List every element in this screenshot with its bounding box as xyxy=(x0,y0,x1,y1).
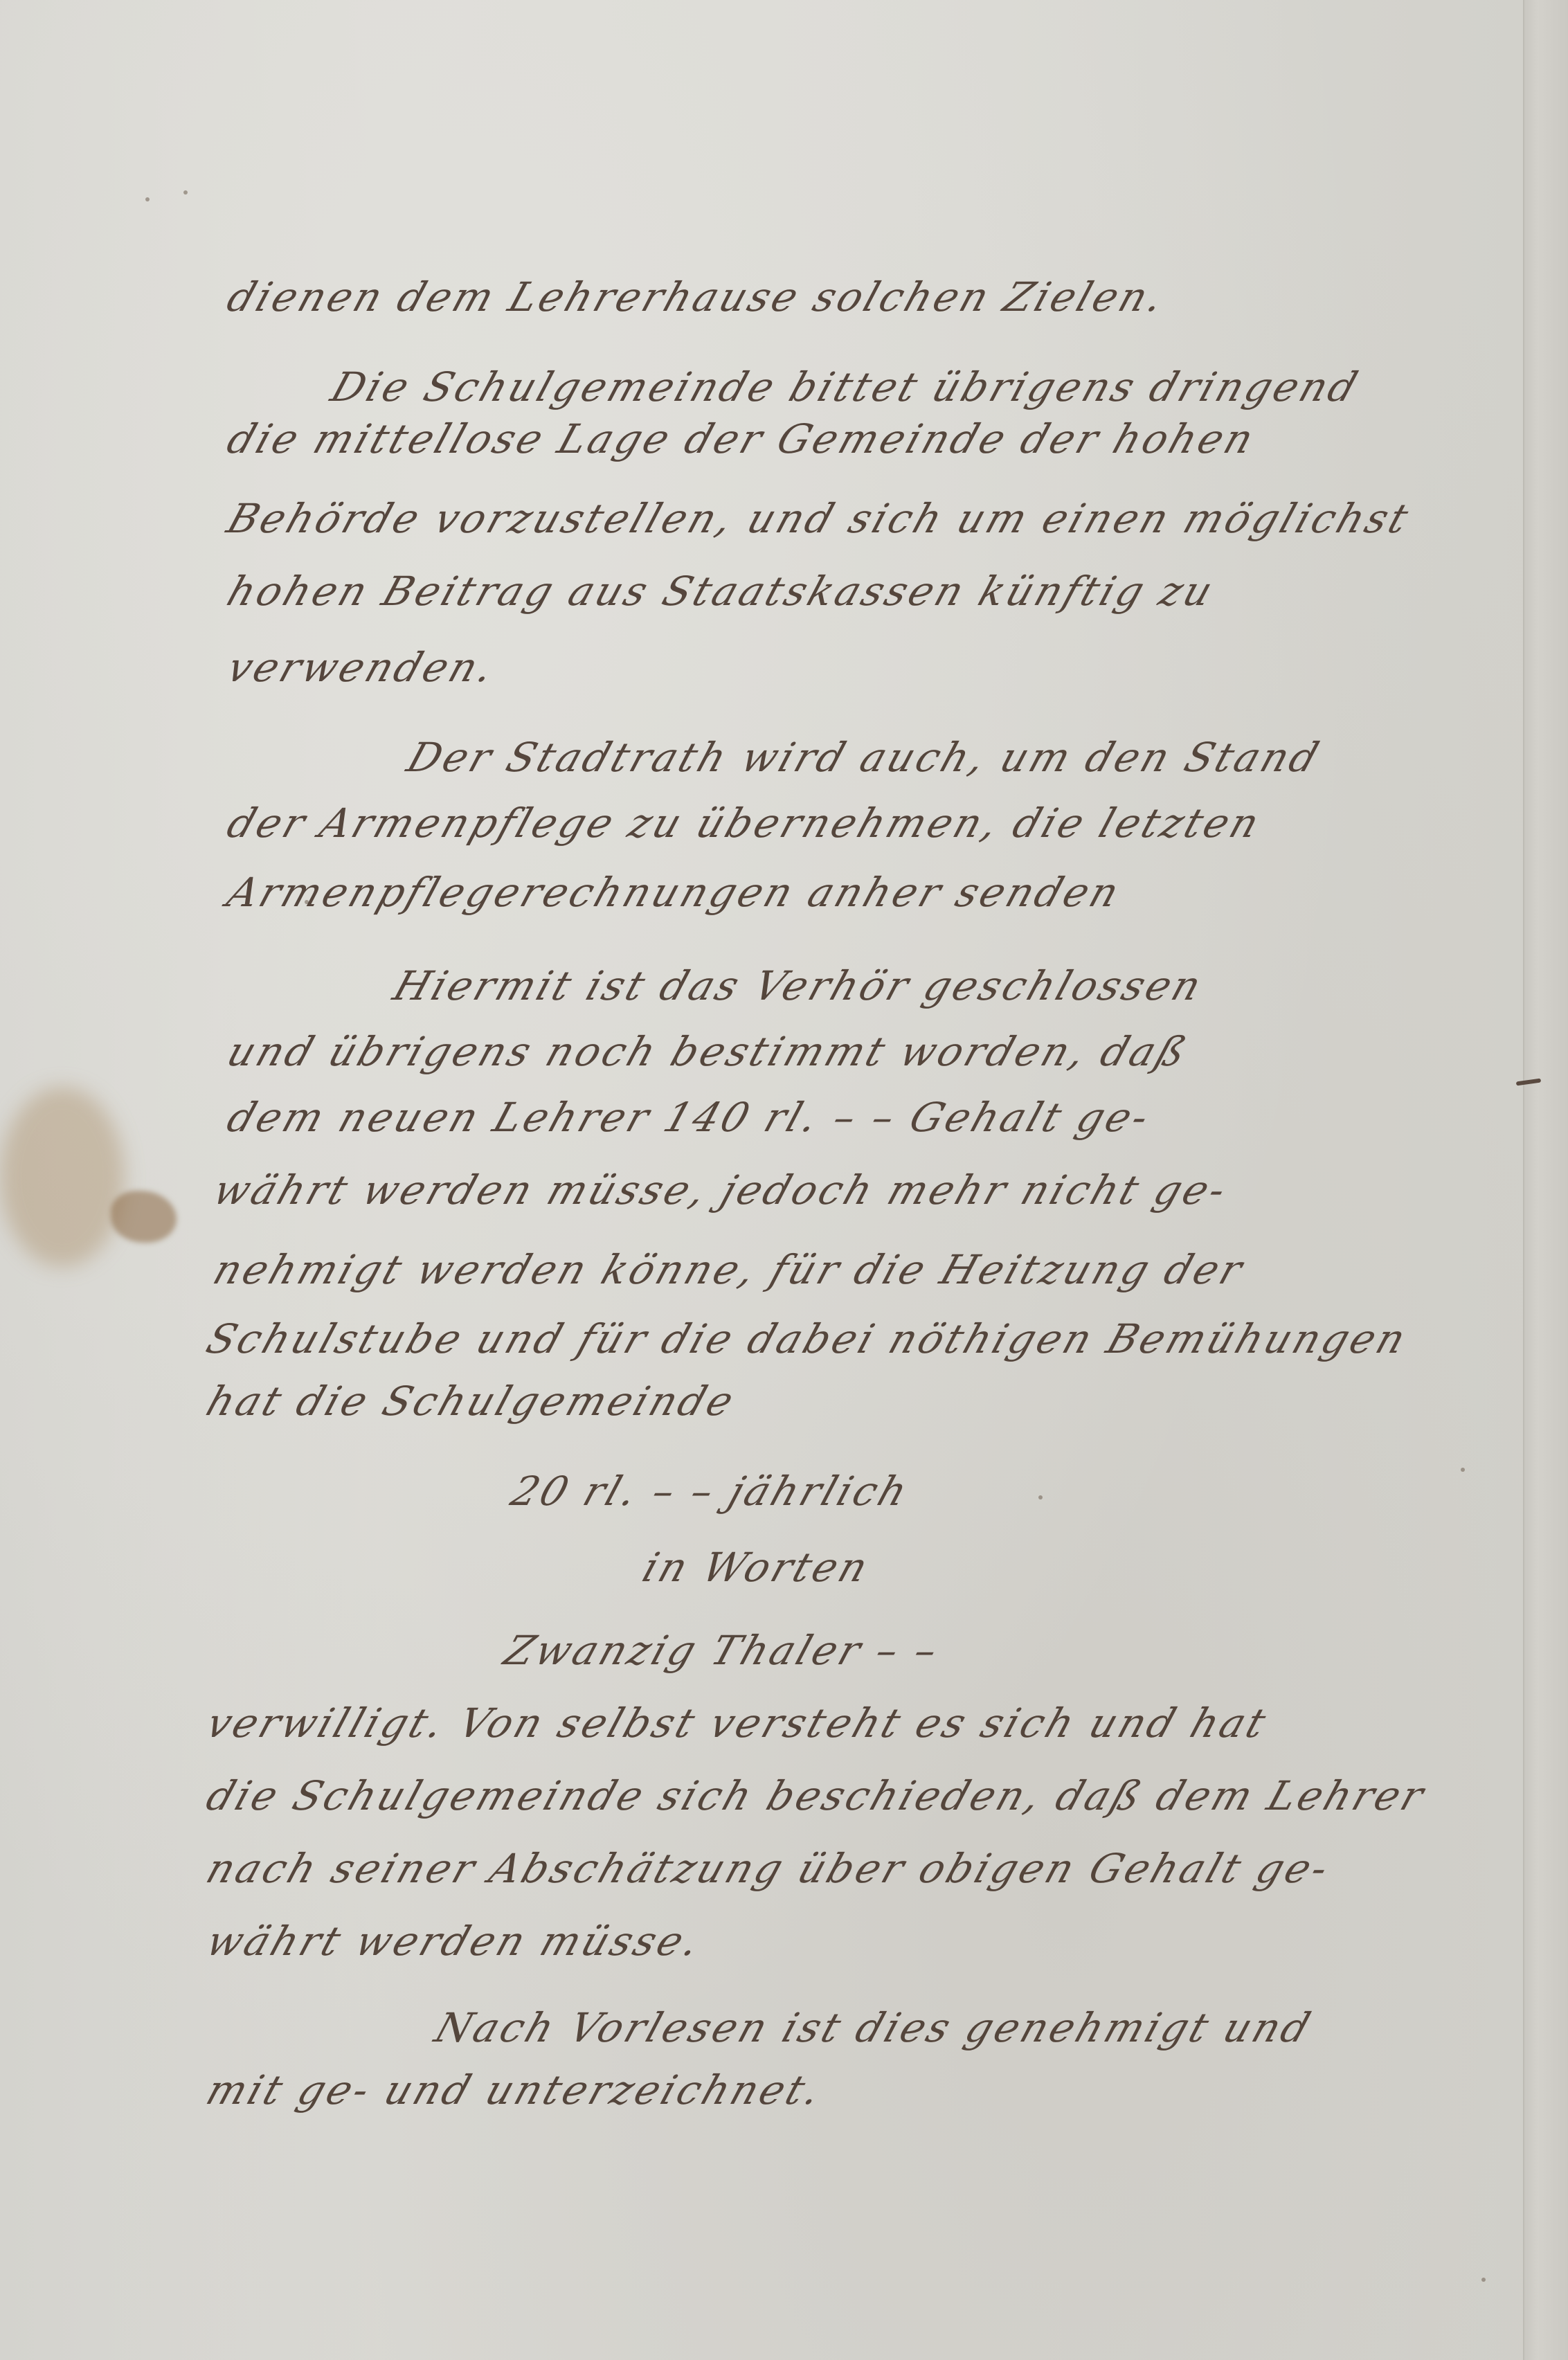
manuscript-page: dienen dem Lehrerhause solchen Zielen. D… xyxy=(0,0,1523,2360)
text-line: Der Stadtrath wird auch, um den Stand xyxy=(402,734,1327,781)
text-line: Schulstube und für die dabei nöthigen Be… xyxy=(201,1315,1414,1362)
handwritten-text: dienen dem Lehrerhause solchen Zielen. D… xyxy=(0,0,1523,2360)
text-line: dem neuen Lehrer 140 rl. – – Gehalt ge- xyxy=(222,1094,1157,1141)
amount-in-words-label: in Worten xyxy=(637,1544,876,1591)
text-line: währt werden müsse. xyxy=(201,1918,708,1965)
text-line: die Schulgemeinde sich beschieden, daß d… xyxy=(201,1772,1432,1819)
closing-line: mit ge- und unterzeichnet. xyxy=(201,2066,829,2114)
text-line: verwenden. xyxy=(222,644,502,691)
text-line: währt werden müsse, jedoch mehr nicht ge… xyxy=(208,1167,1234,1214)
text-line: hat die Schulgemeinde xyxy=(201,1378,742,1425)
text-line: die mittellose Lage der Gemeinde der hoh… xyxy=(222,415,1262,462)
text-line: verwilligt. Von selbst versteht es sich … xyxy=(201,1700,1274,1747)
text-line: der Armenpflege zu übernehmen, die letzt… xyxy=(222,800,1268,847)
amount-in-words: Zwanzig Thaler – – xyxy=(498,1627,946,1674)
page-fold-edge xyxy=(1523,0,1568,2360)
text-line: nach seiner Abschätzung über obigen Geha… xyxy=(201,1845,1337,1892)
amount-line: 20 rl. – – jährlich xyxy=(505,1468,916,1515)
text-line: dienen dem Lehrerhause solchen Zielen. xyxy=(222,273,1172,321)
closing-line: Nach Vorlesen ist dies genehmigt und xyxy=(429,2004,1319,2051)
text-line: und übrigens noch bestimmt worden, daß xyxy=(222,1028,1195,1075)
text-line: Behörde vorzustellen, und sich um einen … xyxy=(222,495,1416,542)
text-line: Hiermit ist das Verhör geschlossen xyxy=(388,962,1209,1009)
text-line: Armenpflegerechnungen anher senden xyxy=(222,869,1128,916)
text-line: Die Schulgemeinde bittet übrigens dringe… xyxy=(325,363,1366,411)
text-line: nehmigt werden könne, für die Heitzung d… xyxy=(208,1246,1251,1293)
text-line: hohen Beitrag aus Staatskassen künftig z… xyxy=(222,568,1221,615)
